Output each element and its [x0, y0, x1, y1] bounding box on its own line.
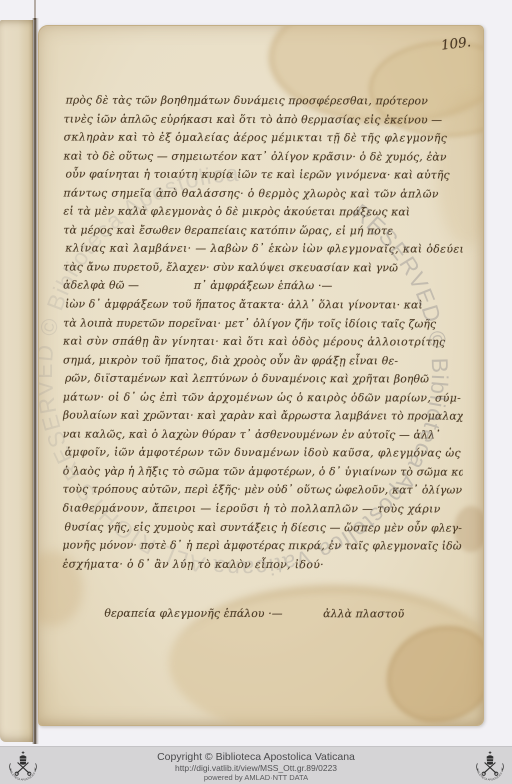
manuscript-page: 109. πρὸς δὲ τὰς τῶν βοηθημάτων δυνάμεις… — [38, 25, 484, 726]
facing-page-edge — [0, 20, 33, 742]
page-crease — [34, 0, 36, 20]
watermark-text: RESERVED © Biblioteca Apostolica Vatican… — [39, 26, 453, 582]
footer-bar: Copyright © Biblioteca Apostolica Vatica… — [0, 746, 512, 784]
copyright-line: Copyright © Biblioteca Apostolica Vatica… — [0, 747, 512, 763]
powered-by-line: powered by AMLAD·NTT DATA — [0, 773, 512, 782]
vatican-library-seal-icon: BIBLIOTECA APOSTOLICA VATICANA — [472, 749, 508, 784]
url-line: http://digi.vatlib.it/view/MSS_Ott.gr.89… — [0, 763, 512, 773]
svg-text:RESERVED © Biblioteca Apostoli: RESERVED © Biblioteca Apostolica Vatican… — [39, 26, 453, 582]
copyright-watermark-ring: RESERVED © Biblioteca Apostolica Vatican… — [39, 26, 483, 725]
vatican-library-seal-icon: BIBLIOTECA APOSTOLICA VATICANA — [5, 749, 41, 784]
